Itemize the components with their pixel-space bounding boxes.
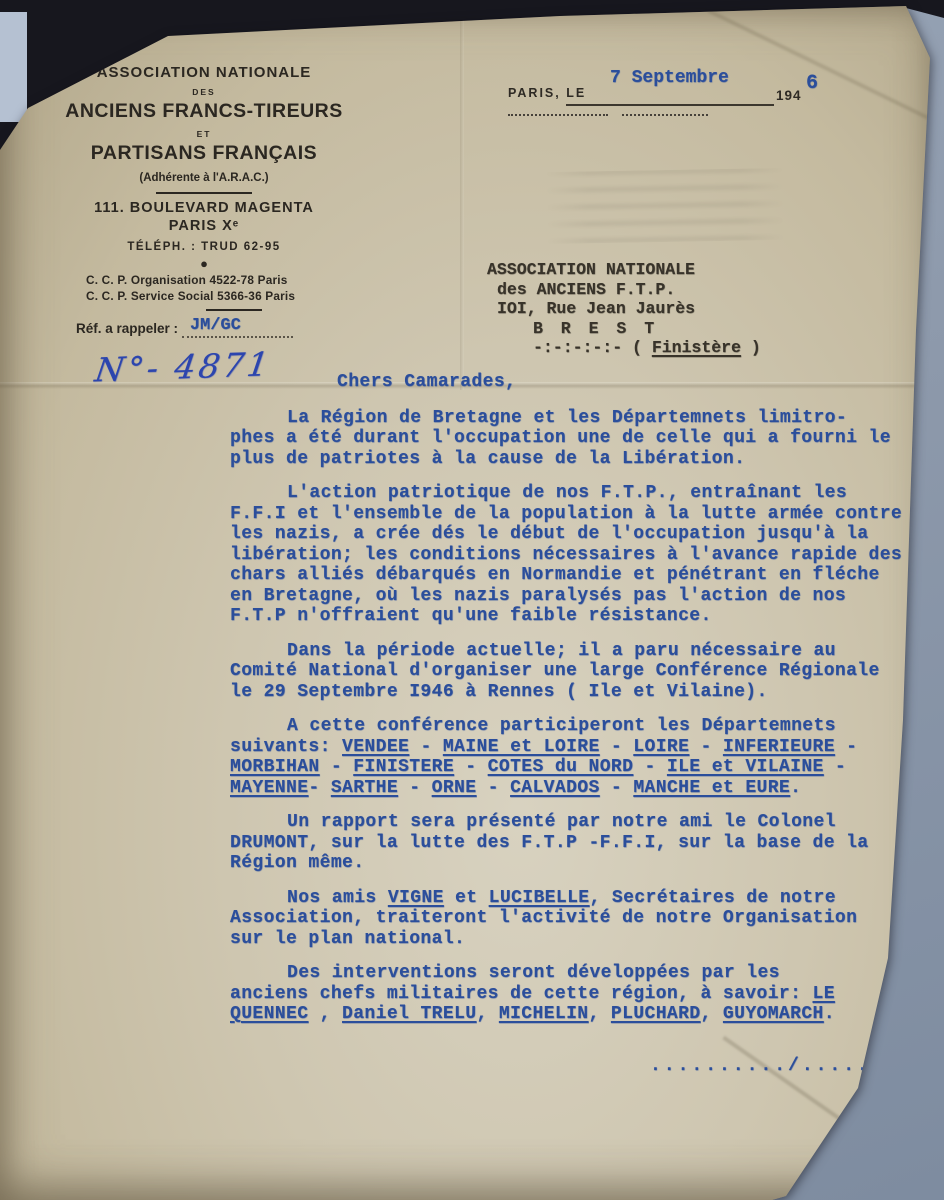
text-segment: INFERIEURE — [723, 737, 835, 757]
typed-line: en Bretagne, où les nazis paralysés pas … — [230, 586, 935, 607]
text-segment: VIGNE — [388, 888, 444, 908]
text-segment: Région même. — [230, 853, 364, 873]
address-street: 111. BOULEVARD MAGENTA — [58, 200, 350, 216]
org-name-line1: ASSOCIATION NATIONALE — [58, 64, 350, 81]
paragraph: L'action patriotique de nos F.T.P., entr… — [230, 483, 935, 627]
letterhead-divider-small — [206, 309, 262, 311]
recipient-line: IOI, Rue Jean Jaurès — [497, 299, 761, 319]
typed-line: MAYENNE- SARTHE - ORNE - CALVADOS - MANC… — [230, 778, 935, 799]
text-segment: - — [689, 737, 723, 757]
text-segment: phes a été durant l'occupation une de ce… — [230, 428, 891, 448]
typed-line: MORBIHAN - FINISTERE - COTES du NORD - I… — [230, 757, 935, 778]
scanned-letter-page: ASSOCIATION NATIONALE DES ANCIENS FRANCS… — [0, 0, 944, 1200]
continuation-mark: ........../......... — [650, 1056, 926, 1076]
text-segment: libération; les conditions nécessaires à… — [230, 545, 902, 565]
text-segment: A cette conférence participeront les Dép… — [287, 716, 836, 736]
ink-bleedthrough-ghost-text — [544, 168, 785, 244]
text-segment: Association, traiteront l'activité de no… — [230, 908, 857, 928]
org-name-line5: PARTISANS FRANÇAIS — [58, 142, 350, 165]
text-segment: anciens chefs militaires de cette région… — [230, 984, 813, 1004]
text-segment: - — [476, 778, 510, 798]
typed-year-digit: 6 — [806, 72, 818, 95]
printed-year: 194 — [776, 88, 802, 103]
text-segment: ILE et VILAINE — [667, 757, 824, 777]
text-segment: en Bretagne, où les nazis paralysés pas … — [230, 586, 846, 606]
text-segment: QUENNEC — [230, 1004, 308, 1024]
text-segment: Des interventions seront développées par… — [287, 963, 780, 983]
text-segment: La Région de Bretagne et les Départemnet… — [287, 408, 847, 428]
paragraph: A cette conférence participeront les Dép… — [230, 716, 935, 798]
affiliation-note: (Adhérente à l'A.R.A.C.) — [58, 172, 350, 184]
text-segment: ORNE — [432, 778, 477, 798]
text-segment: . — [790, 778, 801, 798]
text-segment: LUCIBELLE — [489, 888, 590, 908]
text-segment: - — [454, 757, 488, 777]
ccp-organisation-line: C. C. P. Organisation 4522-78 Paris — [58, 273, 350, 287]
ccp-service-social-line: C. C. P. Service Social 5366-36 Paris — [58, 289, 350, 303]
dateline-dotted-rule-2 — [622, 114, 708, 116]
text-segment: MICHELIN — [499, 1004, 589, 1024]
org-name-line3: ANCIENS FRANCS-TIREURS — [58, 100, 350, 123]
paragraph: Des interventions seront développées par… — [230, 963, 935, 1025]
text-segment: et — [444, 888, 489, 908]
text-segment: , — [308, 1004, 342, 1024]
typed-date: 7 Septembre — [610, 68, 729, 88]
text-segment: CALVADOS — [510, 778, 600, 798]
text-segment: , — [588, 1004, 610, 1024]
dateline-dotted-rule-1 — [508, 114, 608, 116]
typed-line: libération; les conditions nécessaires à… — [230, 545, 935, 566]
paragraph: Dans la période actuelle; il a paru néce… — [230, 641, 935, 703]
letter-body: Chers Camarades, La Région de Bretagne e… — [230, 372, 935, 1039]
text-segment: F.F.I et l'ensemble de la population à l… — [230, 504, 902, 524]
typed-line: Des interventions seront développées par… — [287, 963, 935, 984]
typed-line: Région même. — [230, 853, 935, 874]
typed-line: QUENNEC , Daniel TRELU, MICHELIN, PLUCHA… — [230, 1004, 935, 1025]
text-segment: DRUMONT, sur la lutte des F.T.P -F.F.I, … — [230, 833, 869, 853]
reference-label: Réf. a rappeler : — [76, 321, 178, 336]
text-segment: sur le plan national. — [230, 929, 465, 949]
text-segment: PLUCHARD — [611, 1004, 701, 1024]
typed-line: les nazis, a crée dés le début de l'occu… — [230, 524, 935, 545]
bullet-dot-icon: ● — [58, 256, 350, 271]
text-segment: MANCHE et EURE — [633, 778, 790, 798]
text-segment: L'action patriotique de nos F.T.P., entr… — [287, 483, 847, 503]
typed-line: Association, traiteront l'activité de no… — [230, 908, 935, 929]
text-segment: - — [409, 737, 443, 757]
recipient-address: ASSOCIATION NATIONALE des ANCIENS F.T.P.… — [487, 260, 761, 358]
typed-line: DRUMONT, sur la lutte des F.T.P -F.F.I, … — [230, 833, 935, 854]
text-segment: LE — [813, 984, 835, 1004]
text-segment: plus de patriotes à la cause de la Libér… — [230, 449, 745, 469]
paper-wrap: ASSOCIATION NATIONALE DES ANCIENS FRANCS… — [0, 0, 944, 1200]
address-city: PARIS Xᵉ — [58, 218, 350, 234]
text-segment: COTES du NORD — [488, 757, 634, 777]
letter-paper: ASSOCIATION NATIONALE DES ANCIENS FRANCS… — [0, 0, 944, 1200]
text-segment: FINISTERE — [353, 757, 454, 777]
text-segment: Dans la période actuelle; il a paru néce… — [287, 641, 836, 661]
letterhead: ASSOCIATION NATIONALE DES ANCIENS FRANCS… — [58, 64, 350, 385]
text-segment: - — [600, 778, 634, 798]
department-prefix: -:-:-:-:- ( — [533, 338, 652, 357]
text-segment: LOIRE — [633, 737, 689, 757]
department-suffix: ) — [741, 338, 761, 357]
typed-line: F.T.P n'offraient qu'une faible résistan… — [230, 606, 935, 627]
recipient-line: ASSOCIATION NATIONALE — [487, 260, 761, 280]
text-segment: - — [835, 737, 857, 757]
text-segment: GUYOMARCH — [723, 1004, 824, 1024]
typed-line: plus de patriotes à la cause de la Libér… — [230, 449, 935, 470]
typed-line: suivants: VENDEE - MAINE et LOIRE - LOIR… — [230, 737, 935, 758]
typed-line: sur le plan national. — [230, 929, 935, 950]
text-segment: SARTHE — [331, 778, 398, 798]
text-segment: MAYENNE — [230, 778, 308, 798]
phone-line: TÉLÉPH. : TRUD 62-95 — [58, 241, 350, 253]
department-name: Finistère — [652, 338, 741, 357]
text-segment: F.T.P n'offraient qu'une faible résistan… — [230, 606, 712, 626]
text-segment: - — [824, 757, 846, 777]
text-segment: , — [701, 1004, 723, 1024]
salutation: Chers Camarades, — [337, 372, 935, 393]
typed-line: Un rapport sera présenté par notre ami l… — [287, 812, 935, 833]
text-segment: MORBIHAN — [230, 757, 320, 777]
text-segment: . — [824, 1004, 835, 1024]
text-segment: Daniel TRELU — [342, 1004, 476, 1024]
dateline: PARIS, LE 7 Septembre 194 6 — [500, 64, 930, 134]
text-segment: , — [476, 1004, 498, 1024]
org-name-line2: DES — [58, 87, 350, 97]
dateline-rule — [566, 104, 774, 106]
recipient-city: B R E S T — [533, 319, 761, 339]
typed-line: F.F.I et l'ensemble de la population à l… — [230, 504, 935, 525]
text-segment: - — [308, 778, 330, 798]
vertical-fold-crease — [460, 20, 464, 390]
typed-line: Dans la période actuelle; il a paru néce… — [287, 641, 935, 662]
paragraph: La Région de Bretagne et les Départemnet… — [230, 408, 935, 470]
text-segment: - — [320, 757, 354, 777]
text-segment: suivants: — [230, 737, 342, 757]
text-segment: - — [600, 737, 634, 757]
paragraph: Nos amis VIGNE et LUCIBELLE, Secrétaires… — [230, 888, 935, 950]
paragraph: Un rapport sera présenté par notre ami l… — [230, 812, 935, 874]
text-segment: Nos amis — [287, 888, 388, 908]
text-segment: , Secrétaires de notre — [589, 888, 835, 908]
typed-line: L'action patriotique de nos F.T.P., entr… — [287, 483, 935, 504]
typed-line: Nos amis VIGNE et LUCIBELLE, Secrétaires… — [287, 888, 935, 909]
dateline-prefix: PARIS, LE — [508, 86, 586, 100]
text-segment: Comité National d'organiser une large Co… — [230, 661, 880, 681]
typed-line: La Région de Bretagne et les Départemnet… — [287, 408, 935, 429]
typed-line: phes a été durant l'occupation une de ce… — [230, 428, 935, 449]
letter-paragraphs: La Région de Bretagne et les Départemnet… — [230, 408, 935, 1025]
recipient-department-line: -:-:-:-:- ( Finistère ) — [533, 338, 761, 358]
text-segment: le 29 Septembre I946 à Rennes ( Ile et V… — [230, 682, 768, 702]
text-segment: VENDEE — [342, 737, 409, 757]
text-segment: les nazis, a crée dés le début de l'occu… — [230, 524, 869, 544]
org-name-line4: ET — [58, 129, 350, 139]
typed-line: Comité National d'organiser une large Co… — [230, 661, 935, 682]
typed-line: A cette conférence participeront les Dép… — [287, 716, 935, 737]
typed-line: chars alliés débarqués en Normandie et p… — [230, 565, 935, 586]
typed-line: anciens chefs militaires de cette région… — [230, 984, 935, 1005]
text-segment: - — [633, 757, 667, 777]
text-segment: Un rapport sera présenté par notre ami l… — [287, 812, 836, 832]
text-segment: - — [398, 778, 432, 798]
letterhead-divider — [156, 192, 252, 194]
recipient-line: des ANCIENS F.T.P. — [497, 280, 761, 300]
text-segment: chars alliés débarqués en Normandie et p… — [230, 565, 880, 585]
text-segment: MAINE et LOIRE — [443, 737, 600, 757]
reference-row: Réf. a rappeler : JM/GC — [58, 320, 350, 342]
reference-value-typed: JM/GC — [182, 316, 293, 338]
typed-line: le 29 Septembre I946 à Rennes ( Ile et V… — [230, 682, 935, 703]
